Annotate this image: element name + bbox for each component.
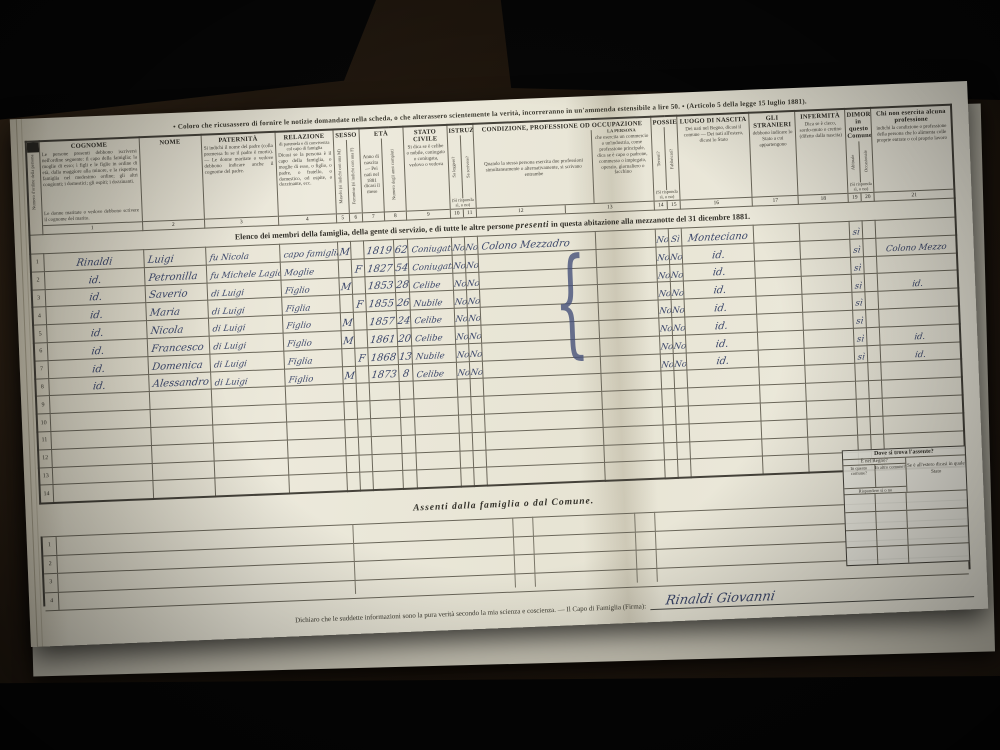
condizione-note-13: che esercita un commercio o un'industria… — [592, 133, 653, 203]
cell-paternita: fu Michele Lagioni — [206, 262, 281, 283]
cell-stato-civile: Celibe — [409, 273, 454, 293]
cell-row-number: 7 — [35, 360, 49, 378]
cell-terreni — [663, 424, 677, 442]
sa-leggere-label: Sa leggere? — [452, 157, 458, 178]
cell-stranieri — [758, 348, 805, 368]
cell-sa-leggere: No — [453, 272, 467, 290]
eta-anno-label: Anno di nascita — Pei nati nel 1881 dica… — [360, 154, 383, 198]
cell-stato-civile: Nubile — [409, 291, 454, 311]
cell-fabbricati: Sì — [668, 228, 682, 246]
cell-stranieri — [761, 419, 808, 439]
cell-relazione: Moglie — [280, 260, 339, 280]
cell-relazione: Figlia — [281, 295, 340, 315]
cell-fabbricati: No — [671, 299, 685, 317]
cell-row-number: 1 — [30, 254, 44, 272]
cell-relazione — [287, 438, 346, 458]
col-header-cognome: COGNOME Le persone presenti debbono iscr… — [39, 137, 143, 234]
cell-sesso-f — [360, 472, 374, 491]
cell-sa-leggere: No — [456, 343, 470, 361]
cell-infermita — [807, 417, 858, 437]
cell-anni-compiuti: 54 — [394, 257, 409, 275]
cell-sesso-m — [342, 348, 356, 366]
census-rows: 1 Rinaldi Luigi fu Nicola capo famiglia … — [30, 217, 965, 504]
cell-dimora-abituale: sì — [849, 221, 863, 239]
cell-luogo-nascita: id. — [683, 279, 756, 300]
cell-anno-nascita: 1853 — [365, 275, 396, 294]
declaration-text: Dichiaro che le suddette informazioni so… — [295, 602, 646, 624]
fabbricati-label: Fabbricati? — [669, 148, 675, 168]
cell-relazione: Figlio — [284, 366, 343, 386]
cell-stranieri — [757, 312, 804, 332]
cell-luogo-nascita — [688, 385, 761, 406]
cell-sesso-f — [350, 241, 364, 259]
cell-anni-compiuti: 62 — [393, 239, 408, 257]
col-header-condizione: CONDIZIONE, PROFESSIONE OD OCCUPAZIONE Q… — [473, 117, 655, 218]
cell-sa-scrivere: No — [468, 343, 482, 361]
cell-dimora-occasionale — [867, 327, 881, 345]
cell-anno-nascita: 1855 — [365, 293, 396, 312]
cell-infermita — [801, 257, 852, 277]
folder-edge-bottom — [0, 686, 1000, 750]
col-header-stato-civile: STATO CIVILE Si dica se è celibe o nubil… — [403, 125, 451, 220]
cell-dimora-abituale — [857, 416, 871, 434]
cell-sa-leggere — [458, 415, 472, 433]
cell-luogo-nascita: id. — [684, 296, 757, 317]
cell-relazione — [289, 473, 348, 494]
cell-infermita — [805, 364, 856, 384]
cell-infermita — [799, 221, 850, 241]
cell-infermita — [803, 310, 854, 330]
cell-anni-compiuti — [402, 452, 417, 470]
cell-sa-scrivere: No — [467, 307, 481, 325]
cell-fabbricati: No — [673, 335, 687, 353]
cell-anno-nascita — [373, 471, 404, 490]
cell-dimora-abituale — [856, 399, 870, 417]
cell-sesso-f — [357, 419, 371, 437]
cell-luogo-nascita: id. — [682, 243, 755, 264]
cell-anni-compiuti — [400, 417, 415, 435]
sesso-maschi-label: Maschi (si indichi con una M) — [338, 149, 345, 204]
cell-terreni — [664, 442, 678, 460]
cell-fabbricati — [678, 459, 692, 478]
cell-anni-compiuti — [399, 381, 414, 399]
cell-terreni: No — [659, 318, 673, 336]
cell-luogo-nascita: id. — [683, 261, 756, 282]
cell-nome: Alessandro — [148, 372, 211, 392]
cell-sa-scrivere: No — [464, 236, 478, 254]
cell-dimora-abituale: sì — [850, 239, 864, 257]
dove-empty-rows — [845, 490, 970, 565]
cell-luogo-nascita — [691, 456, 764, 477]
cell-relazione — [288, 455, 347, 475]
cell-stranieri — [760, 383, 807, 403]
eta-anni-label: Numero degli anni compiuti — [390, 149, 397, 200]
cell-nome: Francesco — [147, 336, 210, 356]
cell-anni-compiuti: 28 — [395, 275, 410, 293]
cell-dimora-abituale: sì — [851, 274, 865, 292]
cell-anno-nascita: 1868 — [368, 346, 399, 365]
cell-nome: Domenica — [148, 354, 211, 374]
cell-sa-leggere — [457, 379, 471, 397]
occasionale-label: Occasionale — [864, 150, 870, 172]
cell-anno-nascita: 1819 — [363, 240, 394, 259]
cell-relazione: Figlio — [281, 277, 340, 297]
col-header-nome: NOME 2 — [139, 135, 205, 231]
cell-relazione — [286, 402, 345, 422]
cell-terreni: No — [658, 300, 672, 318]
cell-fabbricati: No — [673, 353, 687, 371]
cell-sesso-m: M — [339, 277, 353, 295]
cell-infermita — [801, 275, 852, 295]
cell-anno-nascita — [369, 382, 400, 401]
sa-scrivere-label: Sa scrivere? — [465, 156, 471, 178]
cell-dimora-abituale — [855, 363, 869, 381]
cell-dimora-occasionale — [868, 363, 882, 381]
cell-cognome — [52, 481, 153, 503]
cell-relazione: Figlio — [283, 331, 342, 351]
cell-sesso-m — [338, 259, 352, 277]
cell-stranieri — [754, 241, 801, 261]
cell-anno-nascita — [372, 453, 403, 472]
cell-paternita — [215, 475, 290, 496]
cell-fabbricati — [677, 441, 691, 459]
abituale-label: Abituale — [851, 154, 856, 170]
cell-row-number: 8 — [35, 378, 49, 396]
cell-stato-civile: Coniugata — [408, 255, 453, 275]
dove-si-trova-box: Dove si trova l'assente? È nel Regno? In… — [842, 445, 971, 566]
cell-anno-nascita: 1861 — [367, 329, 398, 348]
cell-relazione — [285, 384, 344, 404]
cell-stato-civile: Coniugato — [407, 237, 452, 257]
cell-fabbricati — [675, 388, 689, 406]
cell-dimora-occasionale — [866, 309, 880, 327]
cell-stato-civile — [416, 451, 461, 471]
cell-dimora-occasionale — [867, 345, 881, 363]
header-cap — [27, 142, 39, 152]
cell-anni-compiuti: 8 — [398, 364, 413, 382]
cell-relazione: capo famiglia — [279, 242, 338, 262]
cell-sa-leggere: No — [456, 361, 470, 379]
col-header-luogo-nascita: LUOGO DI NASCITA Dei nati nel Regno, dic… — [677, 113, 753, 209]
cell-fabbricati: No — [670, 264, 684, 282]
cell-row-number: 2 — [31, 271, 45, 289]
cell-sesso-f — [357, 401, 371, 419]
sesso-femmine-label: Femmine (si indichi con una F) — [351, 148, 358, 205]
cell-dimora-occasionale — [862, 220, 876, 238]
col-header-chi-non-esercita: Chi non esercita alcuna professione indi… — [871, 105, 955, 202]
cell-luogo-nascita: id. — [686, 332, 759, 353]
cell-row-number: 14 — [40, 485, 54, 504]
cell-stato-civile — [414, 415, 459, 435]
cell-condizione-13 — [605, 460, 666, 481]
cell-fabbricati — [675, 406, 689, 424]
col-header-dimora: DIMORA in questo Comune Abituale Occasio… — [845, 108, 875, 202]
cell-sesso-f — [354, 330, 368, 348]
cell-anni-compiuti — [401, 435, 416, 453]
cell-dimora-occasionale — [863, 238, 877, 256]
cell-infermita — [804, 328, 855, 348]
cell-dimora-occasionale — [864, 274, 878, 292]
col-header-possiede: POSSIEDE Terreni? Fabbricati? (Si rispon… — [651, 116, 681, 210]
cell-sesso-f — [353, 312, 367, 330]
cell-sa-leggere — [458, 397, 472, 415]
cell-sa-scrivere — [473, 450, 487, 468]
cell-sa-scrivere: No — [466, 272, 480, 290]
census-table-wrap: Numero d'ordine della persona COGNOME Le… — [23, 103, 973, 504]
col-header-paternita: PATERNITÀ Si indichi il nome del padre (… — [201, 132, 279, 228]
cell-relazione: Figlio — [282, 313, 341, 333]
cell-luogo-nascita — [687, 367, 760, 388]
cell-dimora-abituale — [856, 381, 870, 399]
cell-anni-compiuti: 26 — [395, 292, 410, 310]
cell-row-number: 3 — [32, 289, 46, 307]
cell-sa-leggere: No — [455, 326, 469, 344]
cell-sesso-m — [346, 455, 360, 473]
cell-sa-scrivere — [473, 467, 487, 486]
cell-stato-civile: Celibe — [411, 326, 456, 346]
cell-relazione: Figlia — [284, 349, 343, 369]
cell-stato-civile — [414, 397, 459, 417]
cell-sesso-m: M — [340, 313, 354, 331]
cell-dimora-occasionale — [869, 380, 883, 398]
cell-row-number: 9 — [36, 396, 50, 414]
cell-dimora-abituale: sì — [854, 328, 868, 346]
cell-sesso-f — [352, 276, 366, 294]
cell-anno-nascita: 1857 — [366, 311, 397, 330]
cell-condizione — [487, 463, 606, 486]
cell-infermita — [804, 346, 855, 366]
cell-sesso-f — [356, 383, 370, 401]
cell-luogo-nascita — [689, 421, 762, 442]
cell-sa-leggere — [459, 432, 473, 450]
head-of-family-signature: Rinaldi Giovanni — [650, 581, 976, 610]
cell-row-number: 11 — [37, 432, 51, 450]
cell-sesso-f: F — [352, 294, 366, 312]
cell-terreni — [665, 460, 679, 479]
cell-dimora-occasionale — [865, 291, 879, 309]
cell-fabbricati: No — [669, 246, 683, 264]
cell-sa-scrivere: No — [468, 325, 482, 343]
cell-luogo-nascita: id. — [685, 314, 758, 335]
col-header-infermita: INFERMITÀ Dica se è cieco, sordo-muto o … — [795, 109, 849, 204]
col-header-relazione: RELAZIONE di parentela e di convivenza c… — [275, 129, 337, 225]
cell-fabbricati — [676, 424, 690, 442]
cell-nome — [153, 478, 216, 499]
cell-sa-scrivere — [470, 379, 484, 397]
terreni-label: Terreni? — [656, 151, 661, 166]
cell-sesso-f — [359, 454, 373, 472]
cell-dimora-abituale: sì — [854, 345, 868, 363]
cell-anno-nascita: 1873 — [368, 364, 399, 383]
cell-fabbricati: No — [670, 281, 684, 299]
cell-anno-nascita — [370, 400, 401, 419]
cell-sesso-m — [344, 401, 358, 419]
cell-fabbricati — [674, 370, 688, 388]
cell-stato-civile — [413, 380, 458, 400]
cell-stranieri — [755, 259, 802, 279]
cell-terreni: No — [656, 246, 670, 264]
col-header-stranieri: GLI STRANIERI debbono indicare lo Stato … — [749, 111, 799, 206]
cell-sa-scrivere: No — [466, 290, 480, 308]
cell-anni-compiuti: 24 — [396, 310, 411, 328]
cell-row-number: 4 — [32, 307, 46, 325]
cell-stranieri — [763, 455, 810, 475]
cell-luogo-nascita: Monteciano — [681, 225, 754, 246]
cell-sesso-f: F — [351, 259, 365, 277]
census-form-sheet: • Coloro che ricusassero di fornire le n… — [10, 81, 988, 647]
cell-terreni — [662, 406, 676, 424]
cell-stranieri — [758, 330, 805, 350]
cell-sesso-m — [343, 384, 357, 402]
cell-anno-nascita: 1827 — [364, 257, 395, 276]
cell-sesso-m: M — [337, 241, 351, 259]
cell-sa-scrivere: No — [469, 361, 483, 379]
cell-terreni: No — [660, 335, 674, 353]
col-header-istruzione: ISTRUZIONE Sa leggere? Sa scrivere? (Si … — [447, 124, 477, 218]
cell-nome: Petronilla — [144, 265, 207, 285]
cell-sesso-f: F — [355, 348, 369, 366]
cell-terreni: No — [655, 229, 669, 247]
cell-sa-scrivere — [471, 396, 485, 414]
cell-luogo-nascita — [688, 403, 761, 424]
cell-sa-leggere: No — [452, 255, 466, 273]
cell-fabbricati: No — [672, 317, 686, 335]
condizione-note-12: Quando la stessa persona esercita due pr… — [475, 157, 593, 181]
cell-dimora-abituale: sì — [853, 310, 867, 328]
cell-sesso-m — [339, 295, 353, 313]
cell-stato-civile: Celibe — [410, 308, 455, 328]
cell-stranieri — [762, 437, 809, 457]
cell-stato-civile: Nubile — [412, 344, 457, 364]
cell-terreni — [661, 371, 675, 389]
cell-sa-leggere — [460, 450, 474, 468]
cell-terreni: No — [660, 353, 674, 371]
cell-anni-compiuti: 20 — [397, 328, 412, 346]
cell-row-number: 6 — [34, 343, 48, 361]
cell-stato-civile — [415, 433, 460, 453]
cell-anni-compiuti — [400, 399, 415, 417]
cell-sesso-f — [355, 365, 369, 383]
col-header-sesso: SESSO Maschi (si indichi con una M) Femm… — [333, 128, 363, 222]
cell-dimora-occasionale — [864, 256, 878, 274]
cell-anni-compiuti: 13 — [398, 346, 413, 364]
cell-anno-nascita — [370, 417, 401, 436]
cell-row-number: 13 — [39, 467, 53, 485]
cell-sesso-m — [344, 419, 358, 437]
cell-stranieri — [755, 277, 802, 297]
cell-anno-nascita — [371, 435, 402, 454]
cell-sa-scrivere — [472, 432, 486, 450]
cell-sesso-m: M — [342, 366, 356, 384]
cell-dimora-occasionale — [870, 416, 884, 434]
cell-sa-scrivere: No — [465, 254, 479, 272]
cell-luogo-nascita: id. — [686, 350, 759, 371]
presenti-emphasis: presenti — [515, 219, 549, 230]
cell-stranieri — [760, 401, 807, 421]
cell-sa-scrivere — [471, 414, 485, 432]
row-number-vertical-label: Numero d'ordine della persona — [31, 154, 38, 210]
cell-stato-civile: Celibe — [412, 362, 457, 382]
cell-sa-leggere: No — [453, 290, 467, 308]
cell-row-number: 5 — [33, 325, 47, 343]
cell-sa-leggere: No — [451, 237, 465, 255]
cell-infermita — [806, 399, 857, 419]
cell-dimora-abituale: sì — [851, 256, 865, 274]
cell-terreni: No — [657, 282, 671, 300]
cell-dimora-abituale: sì — [852, 292, 866, 310]
cell-sa-leggere: No — [454, 308, 468, 326]
cell-luogo-nascita — [690, 439, 763, 460]
cell-infermita — [806, 381, 857, 401]
cell-stranieri — [753, 223, 800, 243]
cell-sa-leggere — [461, 468, 475, 487]
cell-sesso-m — [347, 473, 361, 492]
cell-stranieri — [756, 294, 803, 314]
cell-infermita — [800, 239, 851, 259]
cell-anni-compiuti — [403, 470, 418, 489]
cell-terreni — [662, 389, 676, 407]
census-table: Numero d'ordine della persona COGNOME Le… — [25, 104, 967, 505]
cell-sesso-m — [345, 437, 359, 455]
cell-infermita — [802, 292, 853, 312]
cell-row-number: 10 — [37, 414, 51, 432]
cell-stato-civile — [417, 468, 462, 488]
cell-stranieri — [759, 366, 806, 386]
cell-relazione — [286, 420, 345, 440]
cell-sesso-f — [358, 436, 372, 454]
col-header-eta: ETÀ Anno di nascita — Pei nati nel 1881 … — [359, 127, 407, 222]
cell-sesso-m: M — [341, 330, 355, 348]
cell-terreni: No — [657, 264, 671, 282]
cell-row-number: 12 — [38, 449, 52, 467]
cell-dimora-occasionale — [869, 398, 883, 416]
